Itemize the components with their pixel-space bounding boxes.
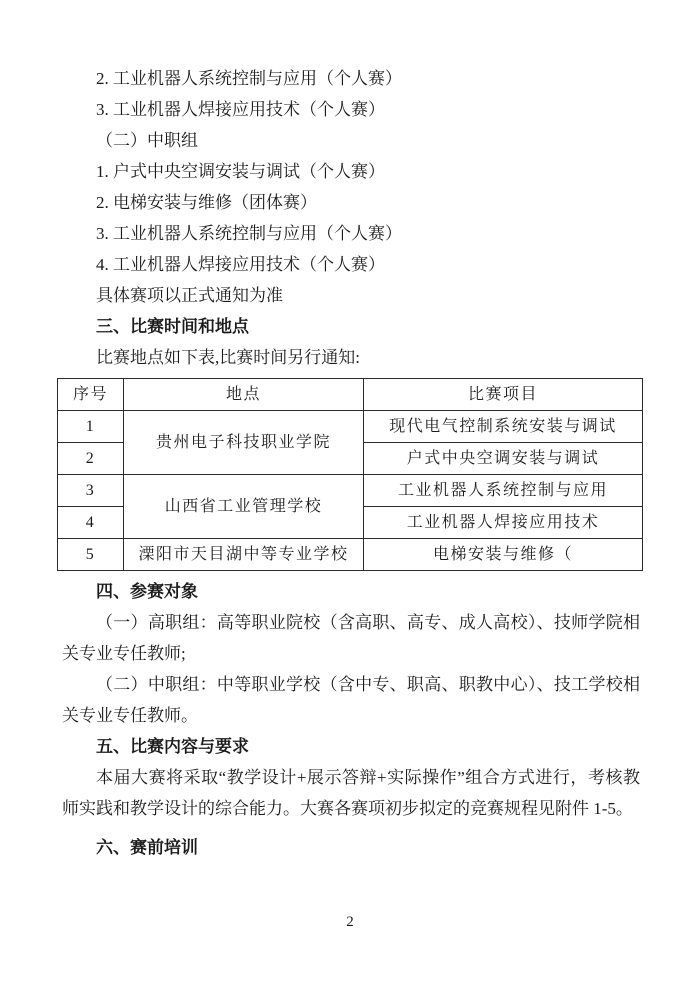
- table-header-event: 比赛项目: [364, 379, 643, 411]
- table-header-location: 地点: [124, 379, 364, 411]
- cell-event: 电梯安装与维修（: [364, 539, 643, 571]
- list-line-5: 3. 工业机器人系统控制与应用（个人赛）: [62, 218, 640, 249]
- participants-paragraph-1: （一）高职组：高等职业院校（含高职、高专、成人高校）、技师学院相关专业专任教师;: [62, 607, 640, 669]
- cell-no: 5: [58, 539, 124, 571]
- list-line-2: 3. 工业机器人焊接应用技术（个人赛）: [62, 94, 640, 125]
- cell-no: 2: [58, 443, 124, 475]
- section-heading-time-place: 三、比赛时间和地点: [62, 311, 640, 342]
- cell-no: 1: [58, 411, 124, 443]
- table-header-no: 序号: [58, 379, 124, 411]
- list-line-1: 2. 工业机器人系统控制与应用（个人赛）: [62, 63, 640, 94]
- list-line-3: 1. 户式中央空调安装与调试（个人赛）: [62, 156, 640, 187]
- content-requirements-paragraph: 本届大赛将采取“教学设计+展示答辩+实际操作”组合方式进行，考核教师实践和教学设…: [62, 762, 640, 824]
- section-heading-pre-training: 六、赛前培训: [62, 832, 640, 863]
- cell-no: 4: [58, 507, 124, 539]
- participants-paragraph-2: （二）中职组：中等职业学校（含中专、职高、职教中心）、技工学校相关专业专任教师。: [62, 669, 640, 731]
- cell-location: 溧阳市天目湖中等专业学校: [124, 539, 364, 571]
- table-row: 5 溧阳市天目湖中等专业学校 电梯安装与维修（: [58, 539, 643, 571]
- venues-table: 序号 地点 比赛项目 1 贵州电子科技职业学院 现代电气控制系统安装与调试 2 …: [57, 378, 643, 571]
- section-heading-participants: 四、参赛对象: [62, 576, 640, 607]
- list-group-label: （二）中职组: [62, 125, 640, 156]
- document-body: 2. 工业机器人系统控制与应用（个人赛） 3. 工业机器人焊接应用技术（个人赛）…: [62, 63, 640, 863]
- cell-location: 山西省工业管理学校: [124, 475, 364, 539]
- cell-event: 户式中央空调安装与调试: [364, 443, 643, 475]
- page-number: 2: [0, 908, 700, 936]
- document-page: 2. 工业机器人系统控制与应用（个人赛） 3. 工业机器人焊接应用技术（个人赛）…: [0, 0, 700, 990]
- table-header-row: 序号 地点 比赛项目: [58, 379, 643, 411]
- table-row: 3 山西省工业管理学校 工业机器人系统控制与应用: [58, 475, 643, 507]
- cell-no: 3: [58, 475, 124, 507]
- cell-event: 现代电气控制系统安装与调试: [364, 411, 643, 443]
- cell-event: 工业机器人焊接应用技术: [364, 507, 643, 539]
- list-note: 具体赛项以正式通知为准: [62, 280, 640, 311]
- cell-event: 工业机器人系统控制与应用: [364, 475, 643, 507]
- section-heading-content-requirements: 五、比赛内容与要求: [62, 731, 640, 762]
- list-line-4: 2. 电梯安装与维修（团体赛）: [62, 187, 640, 218]
- list-line-6: 4. 工业机器人焊接应用技术（个人赛）: [62, 249, 640, 280]
- table-row: 1 贵州电子科技职业学院 现代电气控制系统安装与调试: [58, 411, 643, 443]
- table-intro-line: 比赛地点如下表,比赛时间另行通知:: [62, 342, 640, 373]
- cell-location: 贵州电子科技职业学院: [124, 411, 364, 475]
